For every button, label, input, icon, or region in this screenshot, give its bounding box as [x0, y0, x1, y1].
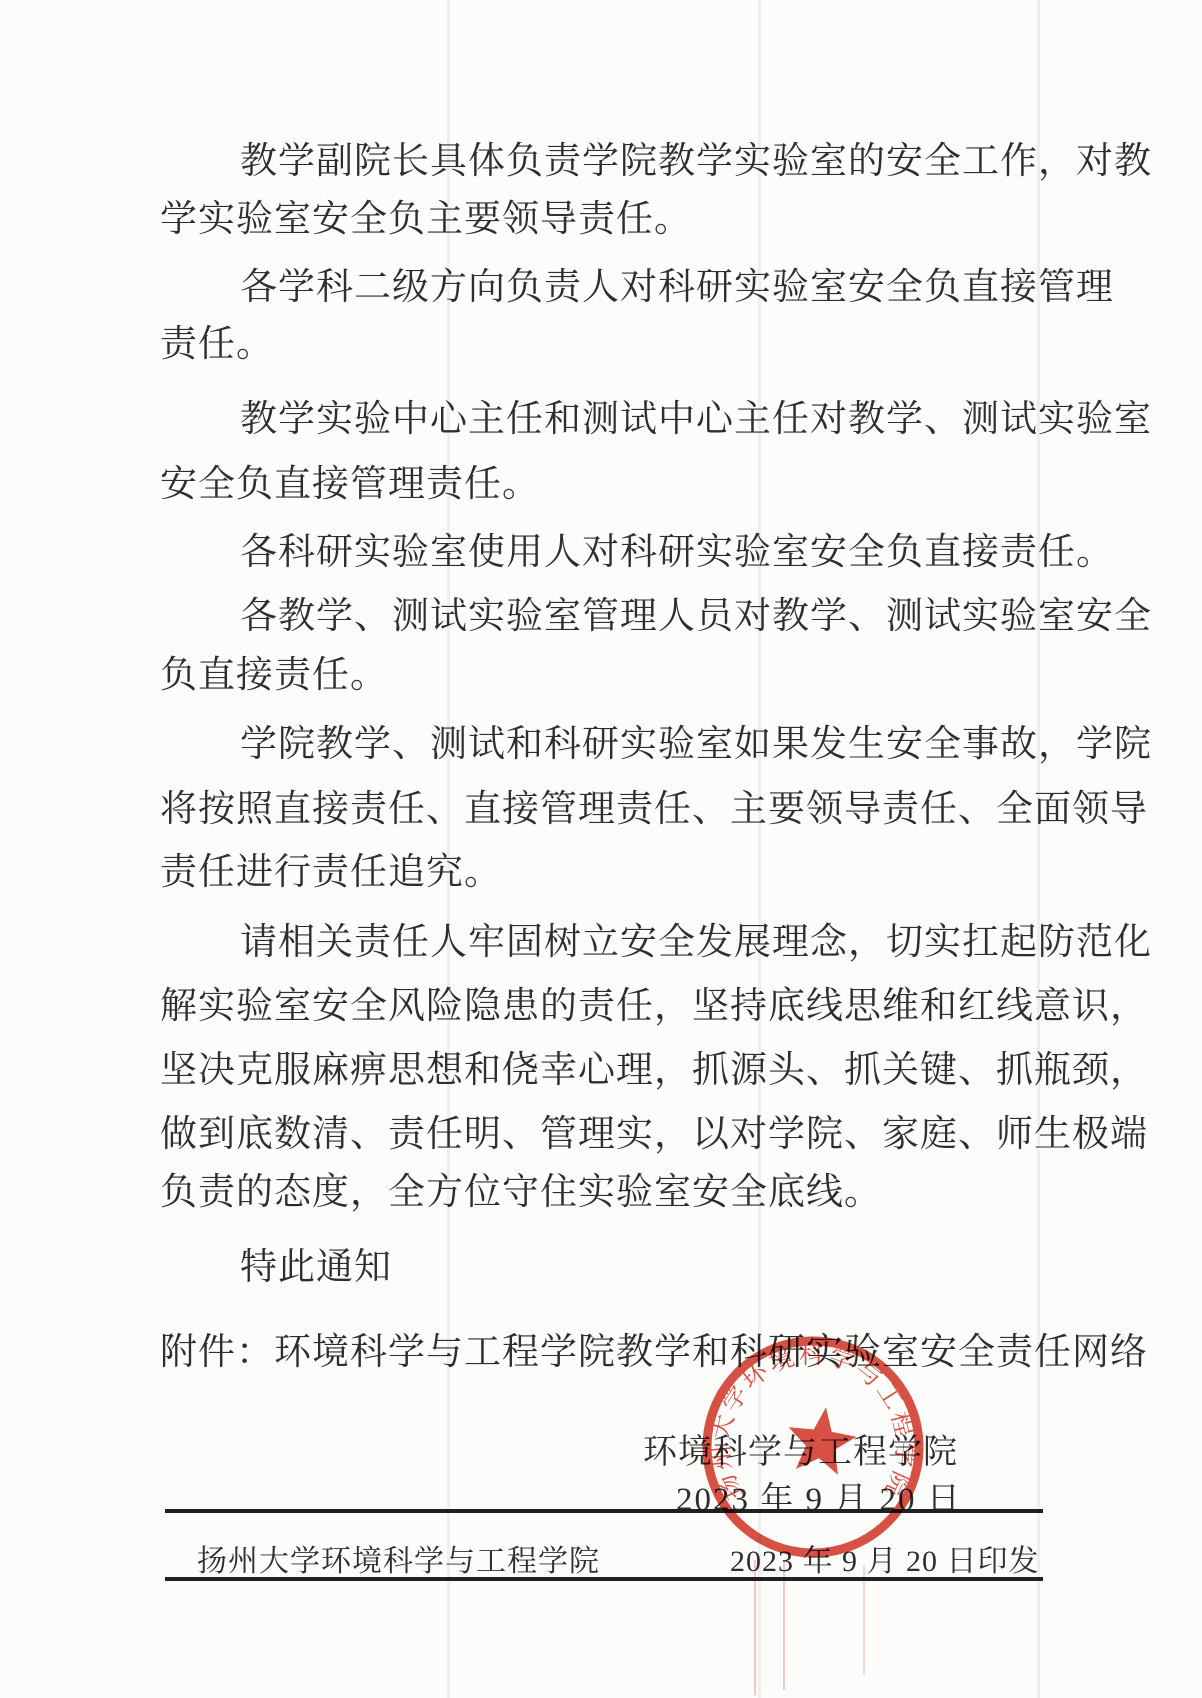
body-line: 各教学、测试实验室管理人员对教学、测试实验室安全 [240, 591, 1152, 643]
body-line: 负责的态度，全方位守住实验室安全底线。 [160, 1167, 882, 1219]
body-line: 各学科二级方向负责人对科研实验室安全负直接管理 [240, 262, 1114, 314]
body-line: 坚决克服麻痹思想和侥幸心理，抓源头、抓关键、抓瓶颈， [160, 1045, 1148, 1097]
body-line: 责任。 [160, 319, 274, 371]
body-line: 各科研实验室使用人对科研实验室安全负直接责任。 [240, 527, 1114, 579]
body-line: 附件：环境科学与工程学院教学和科研实验室安全责任网络 [160, 1327, 1148, 1379]
body-line: 学院教学、测试和科研实验室如果发生安全事故，学院 [240, 719, 1152, 771]
body-line: 特此通知 [240, 1242, 392, 1294]
star-icon [783, 1403, 860, 1477]
body-line: 责任进行责任追究。 [160, 847, 502, 899]
official-seal: 扬州大学环境科学与工程学院 [683, 1317, 943, 1577]
body-line: 安全负直接管理责任。 [160, 459, 540, 511]
body-line: 将按照直接责任、直接管理责任、主要领导责任、全面领导 [160, 784, 1148, 836]
body-line: 教学副院长具体负责学院教学实验室的安全工作，对教 [240, 136, 1152, 188]
seal-ink-smear [863, 1565, 865, 1675]
body-line: 负直接责任。 [160, 650, 388, 702]
footer-issuer: 扬州大学环境科学与工程学院 [197, 1536, 600, 1580]
body-line: 教学实验中心主任和测试中心主任对教学、测试实验室 [240, 394, 1152, 446]
footer-rule-bottom [165, 1577, 1043, 1581]
document-page: 教学副院长具体负责学院教学实验室的安全工作，对教学实验室安全负主要领导责任。各学… [0, 0, 1202, 1698]
body-line: 请相关责任人牢固树立安全发展理念，切实扛起防范化 [240, 917, 1152, 969]
scan-streak [1037, 0, 1040, 1698]
body-line: 解实验室安全风险隐患的责任，坚持底线思维和红线意识， [160, 981, 1148, 1033]
body-line: 学实验室安全负主要领导责任。 [160, 194, 692, 246]
body-line: 做到底数清、责任明、管理实，以对学院、家庭、师生极端 [160, 1109, 1148, 1161]
